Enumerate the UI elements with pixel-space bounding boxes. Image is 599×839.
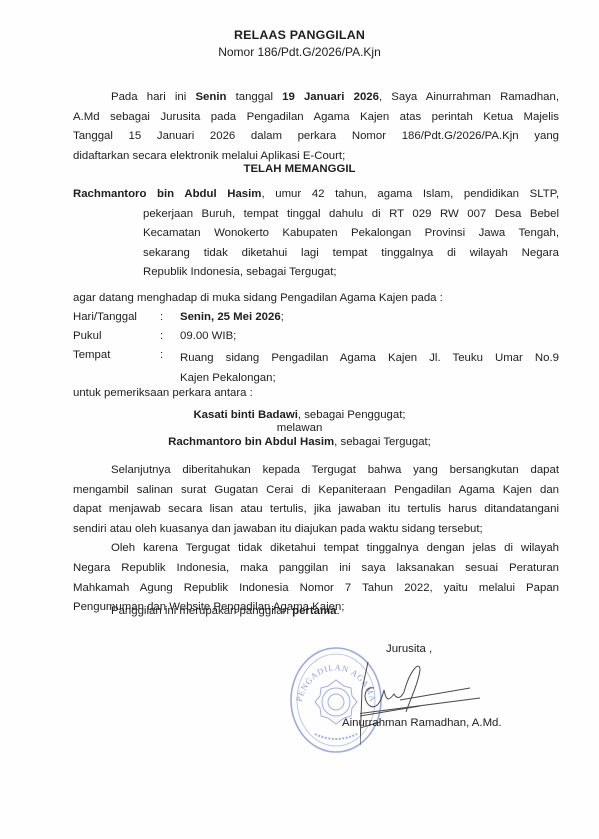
versus-label: melawan [0,422,599,434]
schedule-row-date: Hari/Tanggal : Senin, 25 Mei 2026; [0,311,599,331]
defendant-line: Rachmantoro bin Abdul Hasim, sebagai Ter… [0,436,599,448]
plaintiff-line: Kasati binti Badawi, sebagai Penggugat; [0,409,599,421]
summons-intro: agar datang menghadap di muka sidang Pen… [73,292,443,304]
defendant-name-2: Rachmantoro bin Abdul Hasim [168,436,334,448]
document-title: RELAAS PANGGILAN [0,28,599,42]
defendant-line-1: Rachmantoro bin Abdul Hasim, umur 42 tah… [73,185,559,205]
signature-icon [360,650,510,760]
opening-line-2: A.Md sebagai Jurusita pada Pengadilan Ag… [73,108,559,128]
plaintiff-name: Kasati binti Badawi [193,409,297,421]
defendant-block: Rachmantoro bin Abdul Hasim, umur 42 tah… [73,185,559,205]
opening-line-3: Tanggal 15 Januari 2026 dalam perkara No… [73,127,559,147]
section-heading: TELAH MEMANGGIL [0,163,599,175]
document-page: RELAAS PANGGILAN Nomor 186/Pdt.G/2026/PA… [0,0,599,839]
opening-paragraph: Pada hari ini Senin tanggal 19 Januari 2… [73,88,559,166]
defendant-details: pekerjaan Buruh, tempat tinggal dahulu d… [143,205,559,283]
case-intro: untuk pemeriksaan perkara antara : [73,387,253,399]
notice-paragraph-3: Panggilan ini merupakan panggilan pertam… [111,605,340,617]
schedule-row-time: Pukul : 09.00 WIB; [0,330,599,350]
document-number: Nomor 186/Pdt.G/2026/PA.Kjn [0,45,599,59]
notice-paragraph-1: Selanjutnya diberitahukan kepada Terguga… [73,461,559,539]
opening-line-1: Pada hari ini Senin tanggal 19 Januari 2… [73,88,559,108]
schedule-row-place: Tempat : Ruang sidang Pengadilan Agama K… [0,349,599,389]
signer-name: Ainurrahman Ramadhan, A.Md. [342,717,502,729]
defendant-name: Rachmantoro bin Abdul Hasim [73,188,261,200]
